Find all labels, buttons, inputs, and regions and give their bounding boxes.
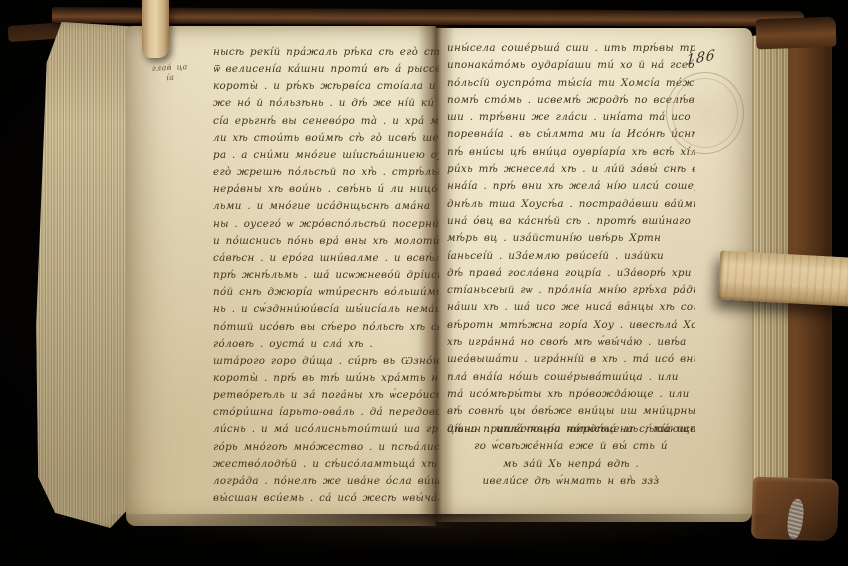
handwritten-text-line: го́рь мно́гоѣ мно́жество . и псѣа́лисерѣ… xyxy=(213,439,439,456)
handwritten-text-line: прѣ́ жнѣ́льмь . ша́ исѡжнево́й дрі́иснѣ́… xyxy=(213,267,439,284)
handwritten-text-line: ивели́се дѣ ѡ́нмать н вѣ̀ ззз̀ xyxy=(447,473,695,490)
handwritten-text-line: и по́шснись по́нь вра́ вны хѣ молоти́ сѣ… xyxy=(213,233,439,250)
handwritten-text-line: нна́і́а . прѣ́ вни хѣ жела́ ні́ю илси́ с… xyxy=(447,178,695,195)
left-page-block-edge xyxy=(34,22,140,528)
cover-corner-top-right xyxy=(756,17,837,50)
handwritten-text-line: ра . а сни́ми мно́гие ші́исѣа́шниею оусе… xyxy=(213,147,439,164)
handwritten-text-line: льми . и мно́гие иса́днщьснѣ ама́на xyxy=(213,198,439,215)
handwritten-text-line: та́ исо́мѣры́ты хѣ про́вожда́юще . или xyxy=(447,386,695,403)
handwritten-text-line: ретво́реѣль и за́ пога́ны хѣ ѡ́серо́ись … xyxy=(213,387,439,404)
handwritten-text-line: мѣ́рь вц . иза́йстині́ю ивѣ́рь Хртн xyxy=(447,230,695,247)
handwritten-text-line: короты̀ . прѣ́ вь тѣ́ ши́нь хра́мть нисо… xyxy=(213,370,439,387)
handwritten-text-line: нь . и сѡ́зднни́юи́всі́а шы́исі́аль нема… xyxy=(213,301,439,318)
handwritten-text-line: дѣ́ права́ госла́вна гоцрі́а . иЗа́ворѣ́… xyxy=(447,265,695,282)
handwritten-text-line: по́й снѣ джюрі́а ѡти́реснѣ во́льши́мь хѣ… xyxy=(213,284,439,301)
handwritten-text-line: ины́села соше́рьша́ сши . ить трѣ́вы трѣ… xyxy=(447,40,695,57)
handwritten-text-line: вы́сшан вси́емь . са́ исо́ жесѣ ѡвы́ча́н… xyxy=(213,490,439,507)
handwritten-text-line: ны . оусего́ ѡ жро́вспо́льсѣй посерни́тл… xyxy=(213,216,439,233)
handwritten-text-line: ши . трѣ́вни же гла́си . ині́ата та́ исо… xyxy=(447,109,695,126)
handwritten-text-line: ли́снь . и ма́ исо́лисньтои́тши́ ша гра́… xyxy=(213,421,439,438)
handwritten-text-line: шеа́выша́ти . игра́нні́й в хѣ . та́ исо́… xyxy=(447,351,695,368)
wooden-stick-top xyxy=(142,0,169,58)
handwritten-text-line: і́аньсеі́й . иЗа́емлю рви́сеі́й . иза́йк… xyxy=(447,248,695,265)
handwritten-text-line: логра́да . по́нелѣ же ива́не о́сла ви́шн… xyxy=(213,473,439,490)
handwritten-text-line: нера́вны хѣ вои́нь . свѣ́нь и́ ли ницо́й xyxy=(213,181,439,198)
handwritten-text-line: ина́ о́вц ва ка́снѣ́й сѣ . протѣ́ вши́на… xyxy=(447,213,695,230)
handwritten-text-line: са́вѣсн . и еро́га шни́валме . и всвѣ́ла… xyxy=(213,250,439,267)
faint-round-stamp xyxy=(666,72,744,154)
handwritten-text-line: го ѡ́свѣже́нні́а еже й вы́ сть и́ xyxy=(447,438,695,455)
handwritten-text-line: же но́ й по́льзѣнь . и дѣ́ же ні́й ки́ и… xyxy=(213,95,439,112)
handwritten-text-line: по́тшй исо́вѣ вы сѣ́еро по́льсѣ хѣ са́ ж… xyxy=(213,319,439,336)
handwritten-text-line: днѣ́ль тша Хоусѣ́а . пострада́вши ва́ймѣ… xyxy=(447,196,695,213)
handwritten-text-line: ли хѣ стои́ть вои́мѣ сѣ̀ го̀ исвѣ́ шетѣ́… xyxy=(213,130,439,147)
right-page-colophon: цѣ́на прише́ствні́а тердѣ́цена сѣ́кі́а и… xyxy=(447,421,695,490)
handwritten-text-line: помѣ́ сто́мь . исвемѣ́ жродѣ́ по вселѣ́в… xyxy=(447,92,695,109)
handwritten-text-line: мь за́й Хь непра́ вдѣ . xyxy=(447,456,695,473)
handwritten-text-line: сі́а ерьгнѣ́ вы сенево́ро та̀ . и хра́ м… xyxy=(213,113,439,130)
handwritten-text-line: цѣ́на прише́ствні́а тердѣ́цена сѣ́кі́а и… xyxy=(447,421,695,438)
right-page-text: ины́села соше́рьша́ сши . ить трѣ́вы трѣ… xyxy=(447,40,695,438)
handwritten-text-line: на́ши хѣ . ша́ исо же ниса́ ва́нцы хѣ со… xyxy=(447,299,695,316)
handwritten-text-line: короты̀ . и рѣ́кь жѣрві́са стоі́ала и ст… xyxy=(213,78,439,95)
handwritten-text-line: хѣ игра́нна́ но своѣ́ мѣ ѡ́вы́ча́ю . ивѣ… xyxy=(447,334,695,351)
handwritten-text-line: го́ловѣ . оуста́ и сла́ хѣ . xyxy=(213,336,439,353)
handwritten-text-line: его̀ жрешњ по́льсѣй по хѣ̀ . стрѣ́льщаль xyxy=(213,164,439,181)
handwritten-text-line: шта́рого горо ди́ща . си́рѣ вь Ѡзно́налм… xyxy=(213,353,439,370)
left-page-text: нысѣ рекі́й пра́жаль рѣ́ка сѣ его̀ стоа́… xyxy=(213,44,439,507)
handwritten-text-line: ри́хь тѣ́ жнесела́ хѣ . и ли́й за́вы́ сн… xyxy=(447,161,695,178)
book-bottom-shadow xyxy=(110,514,770,548)
manuscript-photo: глав́ цаі́а нысѣ рекі́й пра́жаль рѣ́ка с… xyxy=(0,0,848,566)
handwritten-text-line: сто́ри́шна і́арьто-ова́ль . да́ передово… xyxy=(213,404,439,421)
handwritten-text-line: по́льсі́й оуспро́та ты́сі́а ти Хомсі́а т… xyxy=(447,75,695,92)
handwritten-text-line: вѣ́ совнѣ́ цы о́вѣ́же вни́цы иш мни́црны… xyxy=(447,403,695,420)
wooden-stick-right xyxy=(718,250,848,306)
handwritten-text-line: пѣ́ вни́сы цѣ́ вни́ца оуврі́арі́а хѣ всѣ… xyxy=(447,144,695,161)
handwritten-text-line: сті́аньсеый гѡ . про́лні́а мні́ю грѣ́ха … xyxy=(447,282,695,299)
handwritten-text-line: вѣ́ротн мтѣ́жна горі́а Хоу . ивесѣла́ Хо… xyxy=(447,317,695,334)
handwritten-text-line: пла́ вна́і́а но́шь соше́рыва́тши́ца . ил… xyxy=(447,369,695,386)
handwritten-text-line: поревна́і́а . вь сы́лмта ми і́а Исо́нѣ и… xyxy=(447,126,695,143)
margin-chapter-note: глав́ цаі́а xyxy=(144,62,197,84)
handwritten-text-line: ипонака́то́мь оударі́аши ти́ хо й на́ гс… xyxy=(447,57,695,74)
handwritten-text-line: нысѣ рекі́й пра́жаль рѣ́ка сѣ его̀ стоа́… xyxy=(213,44,439,61)
handwritten-text-line: ѿ велисені́а ка́шни проти́ вѣ а́ рыссе́н… xyxy=(213,61,439,78)
handwritten-text-line: жество́лодѣ́й . и сѣ́исо́ламтьща́ хѣ Хоу… xyxy=(213,456,439,473)
